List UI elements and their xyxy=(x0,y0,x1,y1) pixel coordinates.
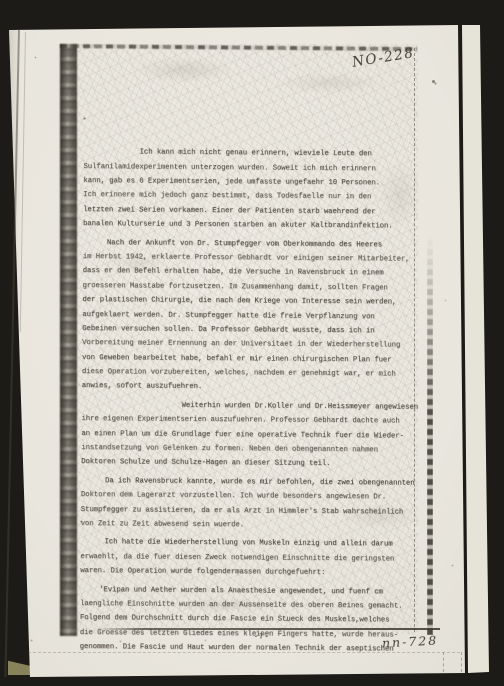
page-number: -7- xyxy=(84,615,418,661)
typed-text: Ich kann mich nicht genau erinnern, wiev… xyxy=(80,102,418,661)
text-line: Doktoren Schulze und Schulze-Hagen an di… xyxy=(81,455,415,472)
photostat-right-streak xyxy=(427,235,433,635)
text-line: waren. Die Operation wurde folgendermass… xyxy=(80,564,414,581)
paragraph: Ich hatte die Wiederherstellung von Musk… xyxy=(80,535,414,581)
text-line: banalen Kulturserie und 3 Personen starb… xyxy=(83,217,417,234)
text-line: diese Operation vorzubereiten, welches, … xyxy=(82,365,416,382)
photostat-left-edge xyxy=(60,44,77,636)
text-line: Ich erinnere mich jedoch ganz bestimmt, … xyxy=(83,188,417,205)
text-line: aufgeklaert werden. Dr. Stumpfegger hatt… xyxy=(82,308,416,325)
bottom-right-dash-mark-2 xyxy=(461,652,462,672)
document-number-bottom-text: nn-728 xyxy=(382,633,439,651)
text-line: von Zeit zu Zeit abwesend sein wuerde. xyxy=(81,517,415,534)
paragraph: Ich kann mich nicht genau erinnern, wiev… xyxy=(83,145,418,234)
paragraph: Da ich Ravensbruck kannte, wurde es mir … xyxy=(81,474,415,534)
text-line: groesseren Masstabe fortzusetzen. Im Zus… xyxy=(82,279,416,296)
document-number-stamp-bottom: nn-728 xyxy=(382,633,439,651)
page-number-text: -7- xyxy=(253,634,269,642)
paragraph: Nach der Ankunft von Dr. Stumpfegger vom… xyxy=(82,236,417,397)
text-line: instandsetzung von Gelenken zu formen. N… xyxy=(81,441,415,458)
bottom-right-dash-mark xyxy=(443,652,444,672)
dust-specks xyxy=(0,0,1,1)
film-scan-background: Ich kann mich nicht genau erinnern, wiev… xyxy=(0,0,504,686)
text-line: anwies, sofort auszufuehren. xyxy=(82,379,416,396)
paragraph: Weiterhin wurden Dr.Koller und Dr.Heissm… xyxy=(81,398,416,473)
